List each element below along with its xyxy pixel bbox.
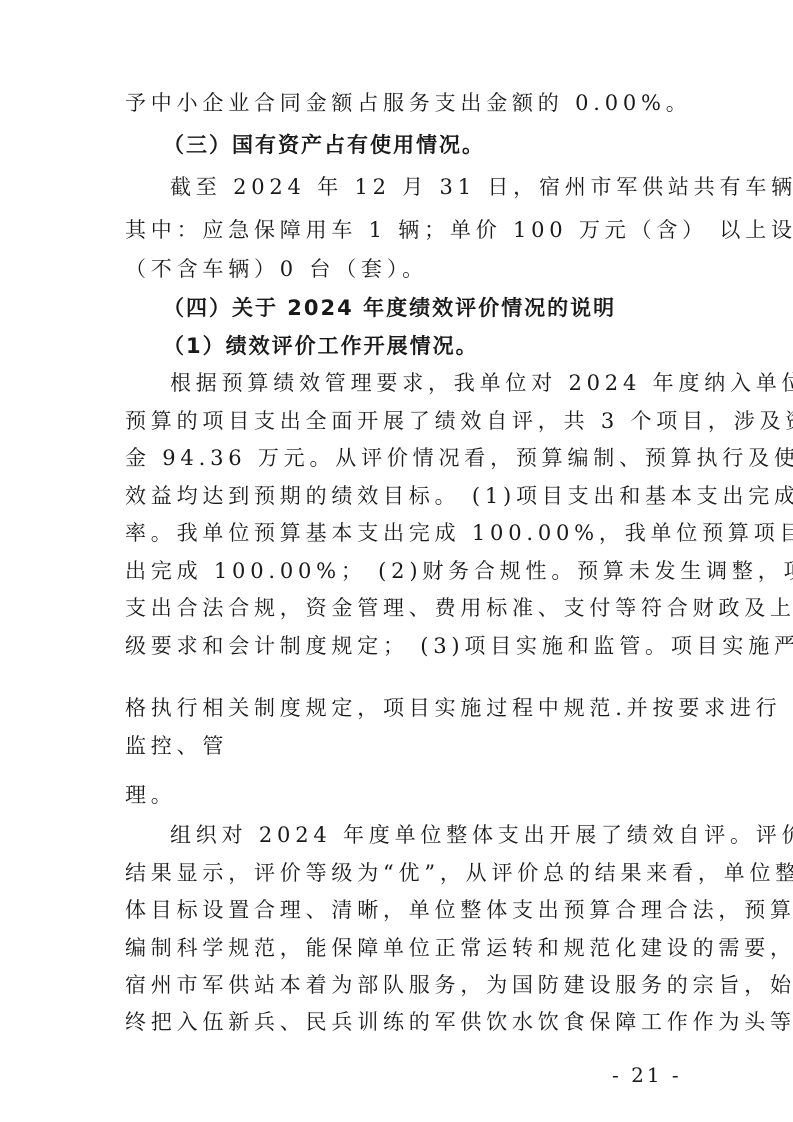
paragraph-line: 其中：应急保障用车 1 辆；单价 100 万元（含） 以上设备 [125, 216, 693, 244]
paragraph-line: 金 94.36 万元。从评价情况看，预算编制、预算执行及使用 [125, 444, 693, 472]
paragraph-line: 体目标设置合理、清晰，单位整体支出预算合理合法，预算 [125, 896, 693, 924]
paragraph-line: 率。我单位预算基本支出完成 100.00%，我单位预算项目支 [125, 519, 693, 547]
paragraph-line: 理。 [125, 781, 693, 809]
paragraph-line: 支出合法合规，资金管理、费用标准、支付等符合财政及上 [125, 594, 693, 622]
paragraph-line: 根据预算绩效管理要求，我单位对 2024 年度纳入单位 [170, 369, 693, 397]
paragraph-line: 终把入伍新兵、民兵训练的军供饮水饮食保障工作作为头等 [125, 1008, 693, 1036]
paragraph-line: 级要求和会计制度规定； (3)项目实施和监管。项目实施严 [125, 632, 693, 660]
paragraph-line: （不含车辆）0 台（套）。 [125, 255, 693, 283]
section-heading-state-assets: （三）国有资产占有使用情况。 [163, 131, 485, 159]
paragraph-line: 效益均达到预期的绩效目标。 (1)项目支出和基本支出完成 [125, 482, 693, 510]
paragraph-line: 预算的项目支出全面开展了绩效自评，共 3 个项目，涉及资 [125, 407, 693, 435]
paragraph-line: 格执行相关制度规定，项目实施过程中规范.并按要求进行 [125, 694, 693, 722]
paragraph-line: 监控、管 [125, 732, 693, 760]
paragraph-line: 予中小企业合同金额占服务支出金额的 0.00%。 [125, 89, 693, 117]
document-page: 予中小企业合同金额占服务支出金额的 0.00%。 （三）国有资产占有使用情况。 … [0, 0, 793, 1122]
paragraph-line: 结果显示，评价等级为“优”，从评价总的结果来看，单位整 [125, 859, 693, 887]
page-number: - 21 - [612, 1062, 682, 1088]
paragraph-line: 组织对 2024 年度单位整体支出开展了绩效自评。评价 [170, 821, 693, 849]
paragraph-line: 宿州市军供站本着为部队服务，为国防建设服务的宗旨，始 [125, 971, 693, 999]
subsection-heading-evaluation-work: （1）绩效评价工作开展情况。 [163, 332, 479, 360]
paragraph-line: 编制科学规范，能保障单位正常运转和规范化建设的需要， [125, 934, 693, 962]
paragraph-line: 出完成 100.00%； (2)财务合规性。预算未发生调整，项目 [125, 557, 693, 585]
section-heading-performance-evaluation: （四）关于 2024 年度绩效评价情况的说明 [163, 294, 616, 322]
paragraph-line: 截至 2024 年 12 月 31 日，宿州市军供站共有车辆 1 辆， [170, 173, 693, 201]
